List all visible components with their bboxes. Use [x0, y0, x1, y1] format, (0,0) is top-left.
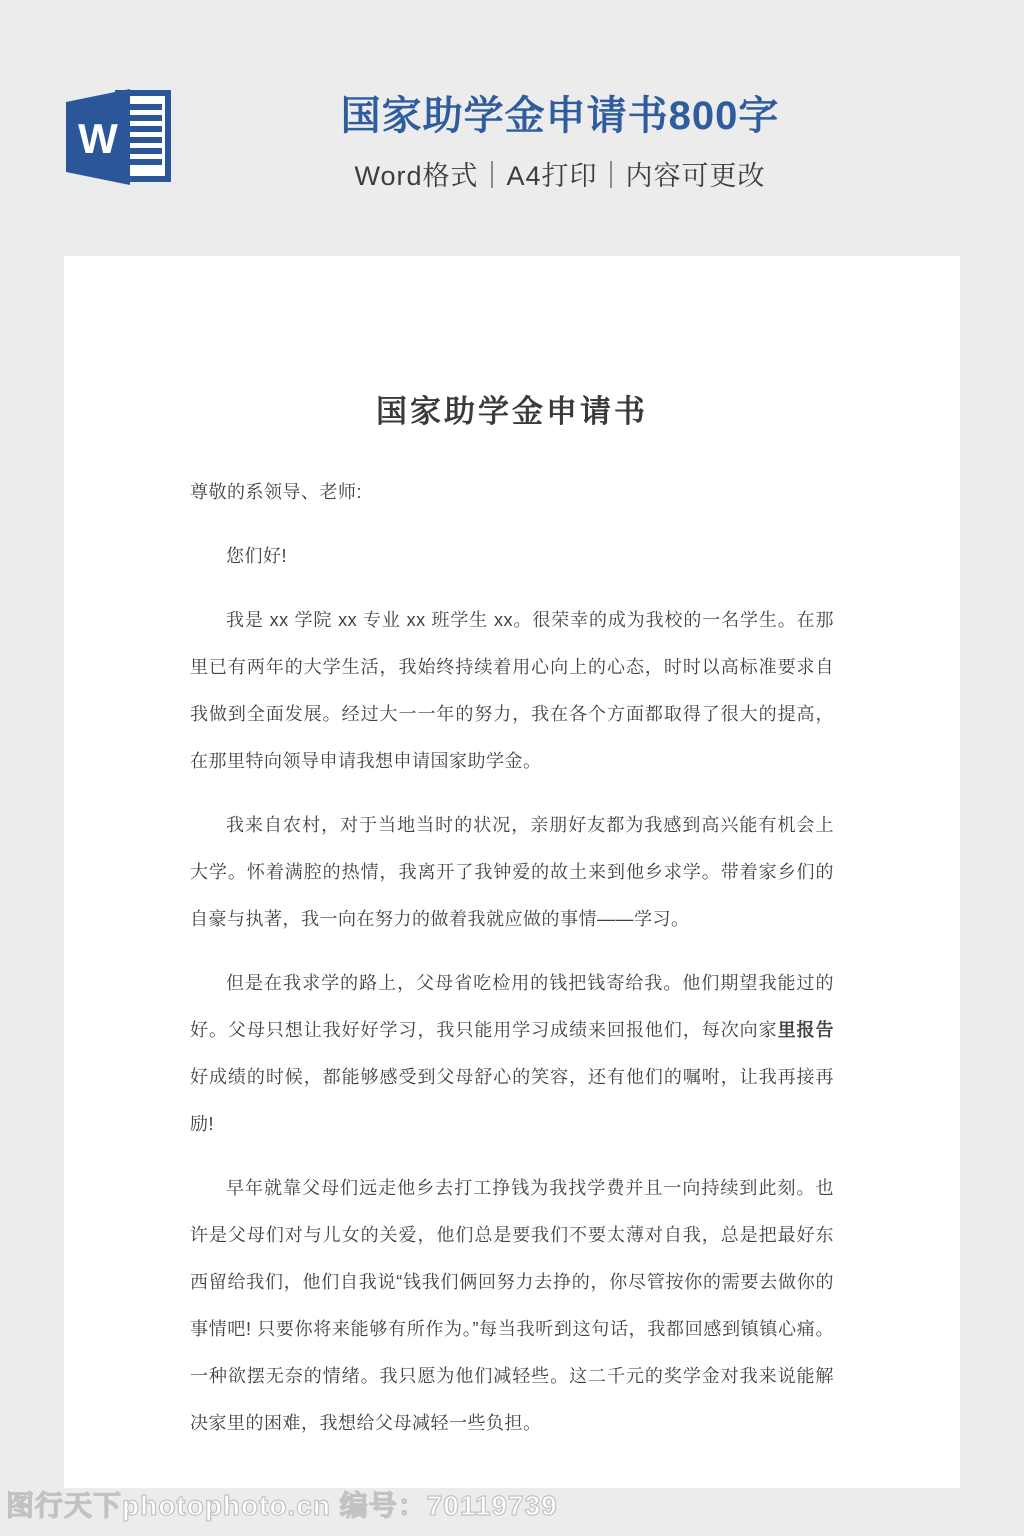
- greeting-line: 您们好!: [190, 533, 834, 580]
- paragraph: 但是在我求学的路上，父母省吃检用的钱把钱寄给我。他们期望我能过的好。父母只想让我…: [190, 960, 834, 1148]
- paragraph-text: 但是在我求学的路上，父母省吃检用的钱把钱寄给我。他们期望我能过的好。父母只想让我…: [190, 973, 834, 1040]
- paragraph: 早年就靠父母们远走他乡去打工挣钱为我找学费并且一向持续到此刻。也许是父母们对与儿…: [190, 1165, 834, 1447]
- paragraph-text: 好成绩的时候，都能够感受到父母舒心的笑容，还有他们的嘱咐，让我再接再励!: [190, 1067, 834, 1134]
- paragraph: 我是 xx 学院 xx 专业 xx 班学生 xx。很荣幸的成为我校的一名学生。在…: [190, 597, 834, 785]
- document-title: 国家助学金申请书: [190, 386, 834, 431]
- header-subtitle: Word格式｜A4打印｜内容可更改: [176, 154, 944, 193]
- page-canvas: W 国家助学金申请书800字 Word格式｜A4打印｜内容可更改 国家助学金申请…: [0, 0, 1024, 1536]
- word-icon: W: [58, 82, 178, 192]
- paragraph: 我来自农村，对于当地当时的状况，亲朋好友都为我感到高兴能有机会上大学。怀着满腔的…: [190, 802, 834, 943]
- svg-text:W: W: [78, 115, 118, 162]
- header-text: 国家助学金申请书800字 Word格式｜A4打印｜内容可更改: [176, 94, 944, 193]
- header-title: 国家助学金申请书800字: [176, 94, 944, 138]
- paragraph-bold-text: 里报告: [778, 1020, 834, 1040]
- document-page: 国家助学金申请书 尊敬的系领导、老师: 您们好! 我是 xx 学院 xx 专业 …: [64, 256, 960, 1488]
- header: W 国家助学金申请书800字 Word格式｜A4打印｜内容可更改: [0, 0, 1024, 232]
- salutation-line: 尊敬的系领导、老师:: [190, 469, 834, 516]
- watermark-text: 图行天下photophoto.cn 编号：70119739: [6, 1484, 558, 1524]
